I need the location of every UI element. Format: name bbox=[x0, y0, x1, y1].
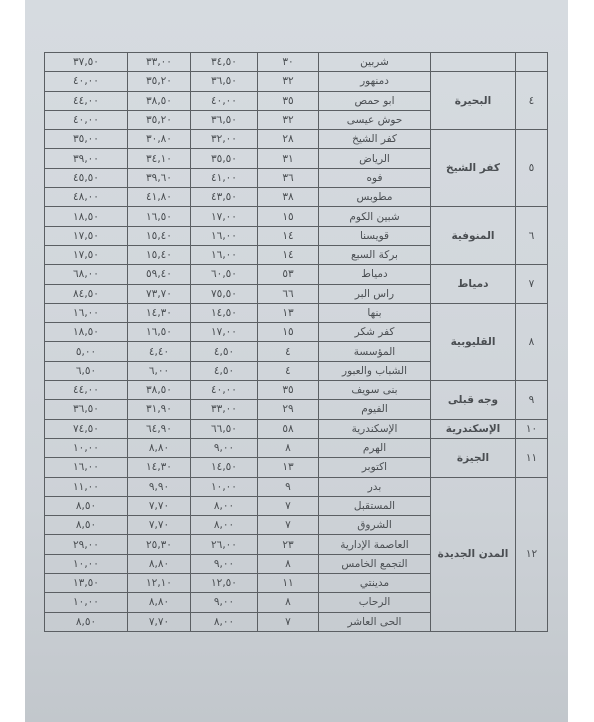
city-cell: الرياض bbox=[319, 149, 431, 168]
value-cell-2: ٤,٥٠ bbox=[191, 342, 258, 361]
value-cell-4: ٢٩,٠٠ bbox=[45, 535, 128, 554]
value-cell-1: ١٤ bbox=[258, 226, 319, 245]
value-cell-2: ١٤,٥٠ bbox=[191, 458, 258, 477]
value-cell-1: ٨ bbox=[258, 554, 319, 573]
value-cell-2: ٩,٠٠ bbox=[191, 438, 258, 457]
city-cell: كفر شكر bbox=[319, 323, 431, 342]
background-left bbox=[0, 0, 25, 722]
value-cell-1: ٢٨ bbox=[258, 130, 319, 149]
city-cell: اكتوبر bbox=[319, 458, 431, 477]
governorate-cell: الإسكندرية bbox=[431, 419, 516, 438]
value-cell-2: ٣٢,٠٠ bbox=[191, 130, 258, 149]
row-number: ١١ bbox=[516, 438, 548, 477]
value-cell-1: ٣٠ bbox=[258, 53, 319, 72]
value-cell-2: ٦٠,٥٠ bbox=[191, 265, 258, 284]
value-cell-3: ٣٨,٥٠ bbox=[128, 91, 191, 110]
value-cell-1: ٢٣ bbox=[258, 535, 319, 554]
value-cell-2: ٨,٠٠ bbox=[191, 496, 258, 515]
value-cell-2: ١٧,٠٠ bbox=[191, 207, 258, 226]
value-cell-4: ٨,٥٠ bbox=[45, 516, 128, 535]
row-number: ٧ bbox=[516, 265, 548, 304]
value-cell-1: ٩ bbox=[258, 477, 319, 496]
value-cell-1: ٦٦ bbox=[258, 284, 319, 303]
value-cell-3: ٣٥,٢٠ bbox=[128, 72, 191, 91]
value-cell-2: ٦٦,٥٠ bbox=[191, 419, 258, 438]
city-cell: دمياط bbox=[319, 265, 431, 284]
value-cell-3: ١٤,٣٠ bbox=[128, 303, 191, 322]
value-cell-2: ٤٠,٠٠ bbox=[191, 91, 258, 110]
value-cell-2: ٤١,٠٠ bbox=[191, 168, 258, 187]
governorate-cell: الجيزة bbox=[431, 438, 516, 477]
city-cell: مطوبس bbox=[319, 188, 431, 207]
city-cell: بركة السبع bbox=[319, 245, 431, 264]
value-cell-1: ٥٨ bbox=[258, 419, 319, 438]
value-cell-4: ٦,٥٠ bbox=[45, 361, 128, 380]
row-number: ٨ bbox=[516, 303, 548, 380]
city-cell: فوه bbox=[319, 168, 431, 187]
governorate-cell: وجه قبلى bbox=[431, 381, 516, 420]
city-cell: الحى العاشر bbox=[319, 612, 431, 631]
value-cell-3: ٤١,٨٠ bbox=[128, 188, 191, 207]
governorate-cell: القليوبية bbox=[431, 303, 516, 380]
row-number: ٥ bbox=[516, 130, 548, 207]
value-cell-4: ٥,٠٠ bbox=[45, 342, 128, 361]
value-cell-4: ٧٤,٥٠ bbox=[45, 419, 128, 438]
value-cell-2: ٤٠,٠٠ bbox=[191, 381, 258, 400]
value-cell-1: ٣٥ bbox=[258, 91, 319, 110]
value-cell-3: ٦٤,٩٠ bbox=[128, 419, 191, 438]
value-cell-4: ٤٥,٥٠ bbox=[45, 168, 128, 187]
row-number: ٤ bbox=[516, 72, 548, 130]
value-cell-1: ٣٨ bbox=[258, 188, 319, 207]
background-right bbox=[568, 0, 594, 722]
row-number bbox=[516, 53, 548, 72]
value-cell-3: ٣٩,٦٠ bbox=[128, 168, 191, 187]
value-cell-1: ١٣ bbox=[258, 303, 319, 322]
city-cell: العاصمة الإدارية bbox=[319, 535, 431, 554]
value-cell-2: ٣٤,٥٠ bbox=[191, 53, 258, 72]
city-cell: الشباب والعبور bbox=[319, 361, 431, 380]
city-cell: قويسنا bbox=[319, 226, 431, 245]
value-cell-4: ٤٤,٠٠ bbox=[45, 91, 128, 110]
value-cell-4: ٣٧,٥٠ bbox=[45, 53, 128, 72]
value-cell-3: ٧,٧٠ bbox=[128, 496, 191, 515]
value-cell-4: ١٣,٥٠ bbox=[45, 574, 128, 593]
value-cell-4: ٤٠,٠٠ bbox=[45, 72, 128, 91]
table-row: ١٢المدن الجديدةبدر٩١٠,٠٠٩,٩٠١١,٠٠ bbox=[45, 477, 548, 496]
value-cell-3: ١٥,٤٠ bbox=[128, 245, 191, 264]
value-cell-1: ٤ bbox=[258, 342, 319, 361]
row-number: ٩ bbox=[516, 381, 548, 420]
value-cell-4: ٣٦,٥٠ bbox=[45, 400, 128, 419]
governorate-cell: دمياط bbox=[431, 265, 516, 304]
value-cell-2: ٣٦,٥٠ bbox=[191, 110, 258, 129]
value-cell-4: ٣٩,٠٠ bbox=[45, 149, 128, 168]
value-cell-3: ٢٥,٣٠ bbox=[128, 535, 191, 554]
value-cell-4: ٤٤,٠٠ bbox=[45, 381, 128, 400]
value-cell-3: ٥٩,٤٠ bbox=[128, 265, 191, 284]
value-cell-3: ٤,٤٠ bbox=[128, 342, 191, 361]
governorate-cell: كفر الشيخ bbox=[431, 130, 516, 207]
city-cell: بنى سويف bbox=[319, 381, 431, 400]
value-cell-2: ٨,٠٠ bbox=[191, 516, 258, 535]
value-cell-3: ٣٣,٠٠ bbox=[128, 53, 191, 72]
city-cell: بنها bbox=[319, 303, 431, 322]
city-cell: شربين bbox=[319, 53, 431, 72]
value-cell-2: ١٧,٠٠ bbox=[191, 323, 258, 342]
value-cell-2: ٤,٥٠ bbox=[191, 361, 258, 380]
city-cell: التجمع الخامس bbox=[319, 554, 431, 573]
city-cell: المؤسسة bbox=[319, 342, 431, 361]
table-row: ٩وجه قبلىبنى سويف٣٥٤٠,٠٠٣٨,٥٠٤٤,٠٠ bbox=[45, 381, 548, 400]
value-cell-3: ٧,٧٠ bbox=[128, 612, 191, 631]
value-cell-2: ٩,٠٠ bbox=[191, 593, 258, 612]
city-cell: كفر الشيخ bbox=[319, 130, 431, 149]
row-number: ١٠ bbox=[516, 419, 548, 438]
city-cell: راس البر bbox=[319, 284, 431, 303]
value-cell-4: ١٠,٠٠ bbox=[45, 554, 128, 573]
table-row: ١٠الإسكندريةالإسكندرية٥٨٦٦,٥٠٦٤,٩٠٧٤,٥٠ bbox=[45, 419, 548, 438]
table-row: ٧دمياطدمياط٥٣٦٠,٥٠٥٩,٤٠٦٨,٠٠ bbox=[45, 265, 548, 284]
value-cell-2: ٣٥,٥٠ bbox=[191, 149, 258, 168]
value-cell-1: ١٥ bbox=[258, 323, 319, 342]
city-cell: الرحاب bbox=[319, 593, 431, 612]
value-cell-3: ٨,٨٠ bbox=[128, 438, 191, 457]
value-cell-1: ٨ bbox=[258, 593, 319, 612]
value-cell-4: ١٠,٠٠ bbox=[45, 438, 128, 457]
governorate-cell: المنوفية bbox=[431, 207, 516, 265]
value-cell-4: ١١,٠٠ bbox=[45, 477, 128, 496]
table-row: شربين٣٠٣٤,٥٠٣٣,٠٠٣٧,٥٠ bbox=[45, 53, 548, 72]
value-cell-1: ٨ bbox=[258, 438, 319, 457]
value-cell-3: ٣٠,٨٠ bbox=[128, 130, 191, 149]
value-cell-2: ٨,٠٠ bbox=[191, 612, 258, 631]
value-cell-4: ١٧,٥٠ bbox=[45, 226, 128, 245]
value-cell-2: ٩,٠٠ bbox=[191, 554, 258, 573]
governorate-cell bbox=[431, 53, 516, 72]
value-cell-2: ١٢,٥٠ bbox=[191, 574, 258, 593]
value-cell-1: ٧ bbox=[258, 496, 319, 515]
value-cell-1: ٧ bbox=[258, 612, 319, 631]
value-cell-1: ١٥ bbox=[258, 207, 319, 226]
value-cell-4: ٤٨,٠٠ bbox=[45, 188, 128, 207]
governorate-cell: البحيرة bbox=[431, 72, 516, 130]
value-cell-3: ١٦,٥٠ bbox=[128, 323, 191, 342]
value-cell-4: ٣٥,٠٠ bbox=[45, 130, 128, 149]
value-cell-4: ٨٤,٥٠ bbox=[45, 284, 128, 303]
city-cell: المستقبل bbox=[319, 496, 431, 515]
value-cell-1: ٣١ bbox=[258, 149, 319, 168]
value-cell-3: ١٤,٣٠ bbox=[128, 458, 191, 477]
value-cell-3: ٣١,٩٠ bbox=[128, 400, 191, 419]
value-cell-2: ٣٣,٠٠ bbox=[191, 400, 258, 419]
city-cell: الفيوم bbox=[319, 400, 431, 419]
value-cell-1: ٤ bbox=[258, 361, 319, 380]
governorate-cell: المدن الجديدة bbox=[431, 477, 516, 631]
value-cell-3: ٩,٩٠ bbox=[128, 477, 191, 496]
value-cell-1: ٥٣ bbox=[258, 265, 319, 284]
value-cell-1: ١٣ bbox=[258, 458, 319, 477]
value-cell-1: ٣٢ bbox=[258, 72, 319, 91]
value-cell-4: ١٦,٠٠ bbox=[45, 303, 128, 322]
value-cell-4: ١٧,٥٠ bbox=[45, 245, 128, 264]
value-cell-3: ١٢,١٠ bbox=[128, 574, 191, 593]
table-row: ٤البحيرةدمنهور٣٢٣٦,٥٠٣٥,٢٠٤٠,٠٠ bbox=[45, 72, 548, 91]
city-cell: دمنهور bbox=[319, 72, 431, 91]
table-row: ١١الجيزةالهرم٨٩,٠٠٨,٨٠١٠,٠٠ bbox=[45, 438, 548, 457]
value-cell-1: ١١ bbox=[258, 574, 319, 593]
value-cell-4: ١٨,٥٠ bbox=[45, 323, 128, 342]
value-cell-1: ٣٦ bbox=[258, 168, 319, 187]
value-cell-3: ٦,٠٠ bbox=[128, 361, 191, 380]
city-cell: بدر bbox=[319, 477, 431, 496]
city-cell: شبين الكوم bbox=[319, 207, 431, 226]
value-cell-2: ١٠,٠٠ bbox=[191, 477, 258, 496]
city-cell: الشروق bbox=[319, 516, 431, 535]
value-cell-1: ١٤ bbox=[258, 245, 319, 264]
value-cell-4: ٨,٥٠ bbox=[45, 612, 128, 631]
table-row: ٦المنوفيةشبين الكوم١٥١٧,٠٠١٦,٥٠١٨,٥٠ bbox=[45, 207, 548, 226]
value-cell-3: ٨,٨٠ bbox=[128, 554, 191, 573]
value-cell-4: ٦٨,٠٠ bbox=[45, 265, 128, 284]
price-table: شربين٣٠٣٤,٥٠٣٣,٠٠٣٧,٥٠٤البحيرةدمنهور٣٢٣٦… bbox=[44, 52, 548, 632]
value-cell-2: ٧٥,٥٠ bbox=[191, 284, 258, 303]
value-cell-4: ٨,٥٠ bbox=[45, 496, 128, 515]
value-cell-3: ٣٥,٢٠ bbox=[128, 110, 191, 129]
city-cell: الإسكندرية bbox=[319, 419, 431, 438]
value-cell-4: ١٠,٠٠ bbox=[45, 593, 128, 612]
value-cell-2: ١٦,٠٠ bbox=[191, 245, 258, 264]
price-table-body: شربين٣٠٣٤,٥٠٣٣,٠٠٣٧,٥٠٤البحيرةدمنهور٣٢٣٦… bbox=[45, 53, 548, 632]
value-cell-3: ٧٣,٧٠ bbox=[128, 284, 191, 303]
value-cell-1: ٣٢ bbox=[258, 110, 319, 129]
value-cell-2: ١٤,٥٠ bbox=[191, 303, 258, 322]
value-cell-1: ٢٩ bbox=[258, 400, 319, 419]
city-cell: مدينتي bbox=[319, 574, 431, 593]
city-cell: حوش عيسى bbox=[319, 110, 431, 129]
value-cell-4: ١٨,٥٠ bbox=[45, 207, 128, 226]
value-cell-4: ٤٠,٠٠ bbox=[45, 110, 128, 129]
table-row: ٥كفر الشيخكفر الشيخ٢٨٣٢,٠٠٣٠,٨٠٣٥,٠٠ bbox=[45, 130, 548, 149]
value-cell-3: ١٥,٤٠ bbox=[128, 226, 191, 245]
value-cell-3: ٣٤,١٠ bbox=[128, 149, 191, 168]
value-cell-3: ٨,٨٠ bbox=[128, 593, 191, 612]
city-cell: ابو حمص bbox=[319, 91, 431, 110]
value-cell-2: ٢٦,٠٠ bbox=[191, 535, 258, 554]
row-number: ٦ bbox=[516, 207, 548, 265]
value-cell-4: ١٦,٠٠ bbox=[45, 458, 128, 477]
value-cell-2: ٤٣,٥٠ bbox=[191, 188, 258, 207]
row-number: ١٢ bbox=[516, 477, 548, 631]
value-cell-3: ١٦,٥٠ bbox=[128, 207, 191, 226]
value-cell-3: ٧,٧٠ bbox=[128, 516, 191, 535]
value-cell-2: ١٦,٠٠ bbox=[191, 226, 258, 245]
value-cell-3: ٣٨,٥٠ bbox=[128, 381, 191, 400]
value-cell-1: ٧ bbox=[258, 516, 319, 535]
table-row: ٨القليوبيةبنها١٣١٤,٥٠١٤,٣٠١٦,٠٠ bbox=[45, 303, 548, 322]
value-cell-2: ٣٦,٥٠ bbox=[191, 72, 258, 91]
value-cell-1: ٣٥ bbox=[258, 381, 319, 400]
city-cell: الهرم bbox=[319, 438, 431, 457]
